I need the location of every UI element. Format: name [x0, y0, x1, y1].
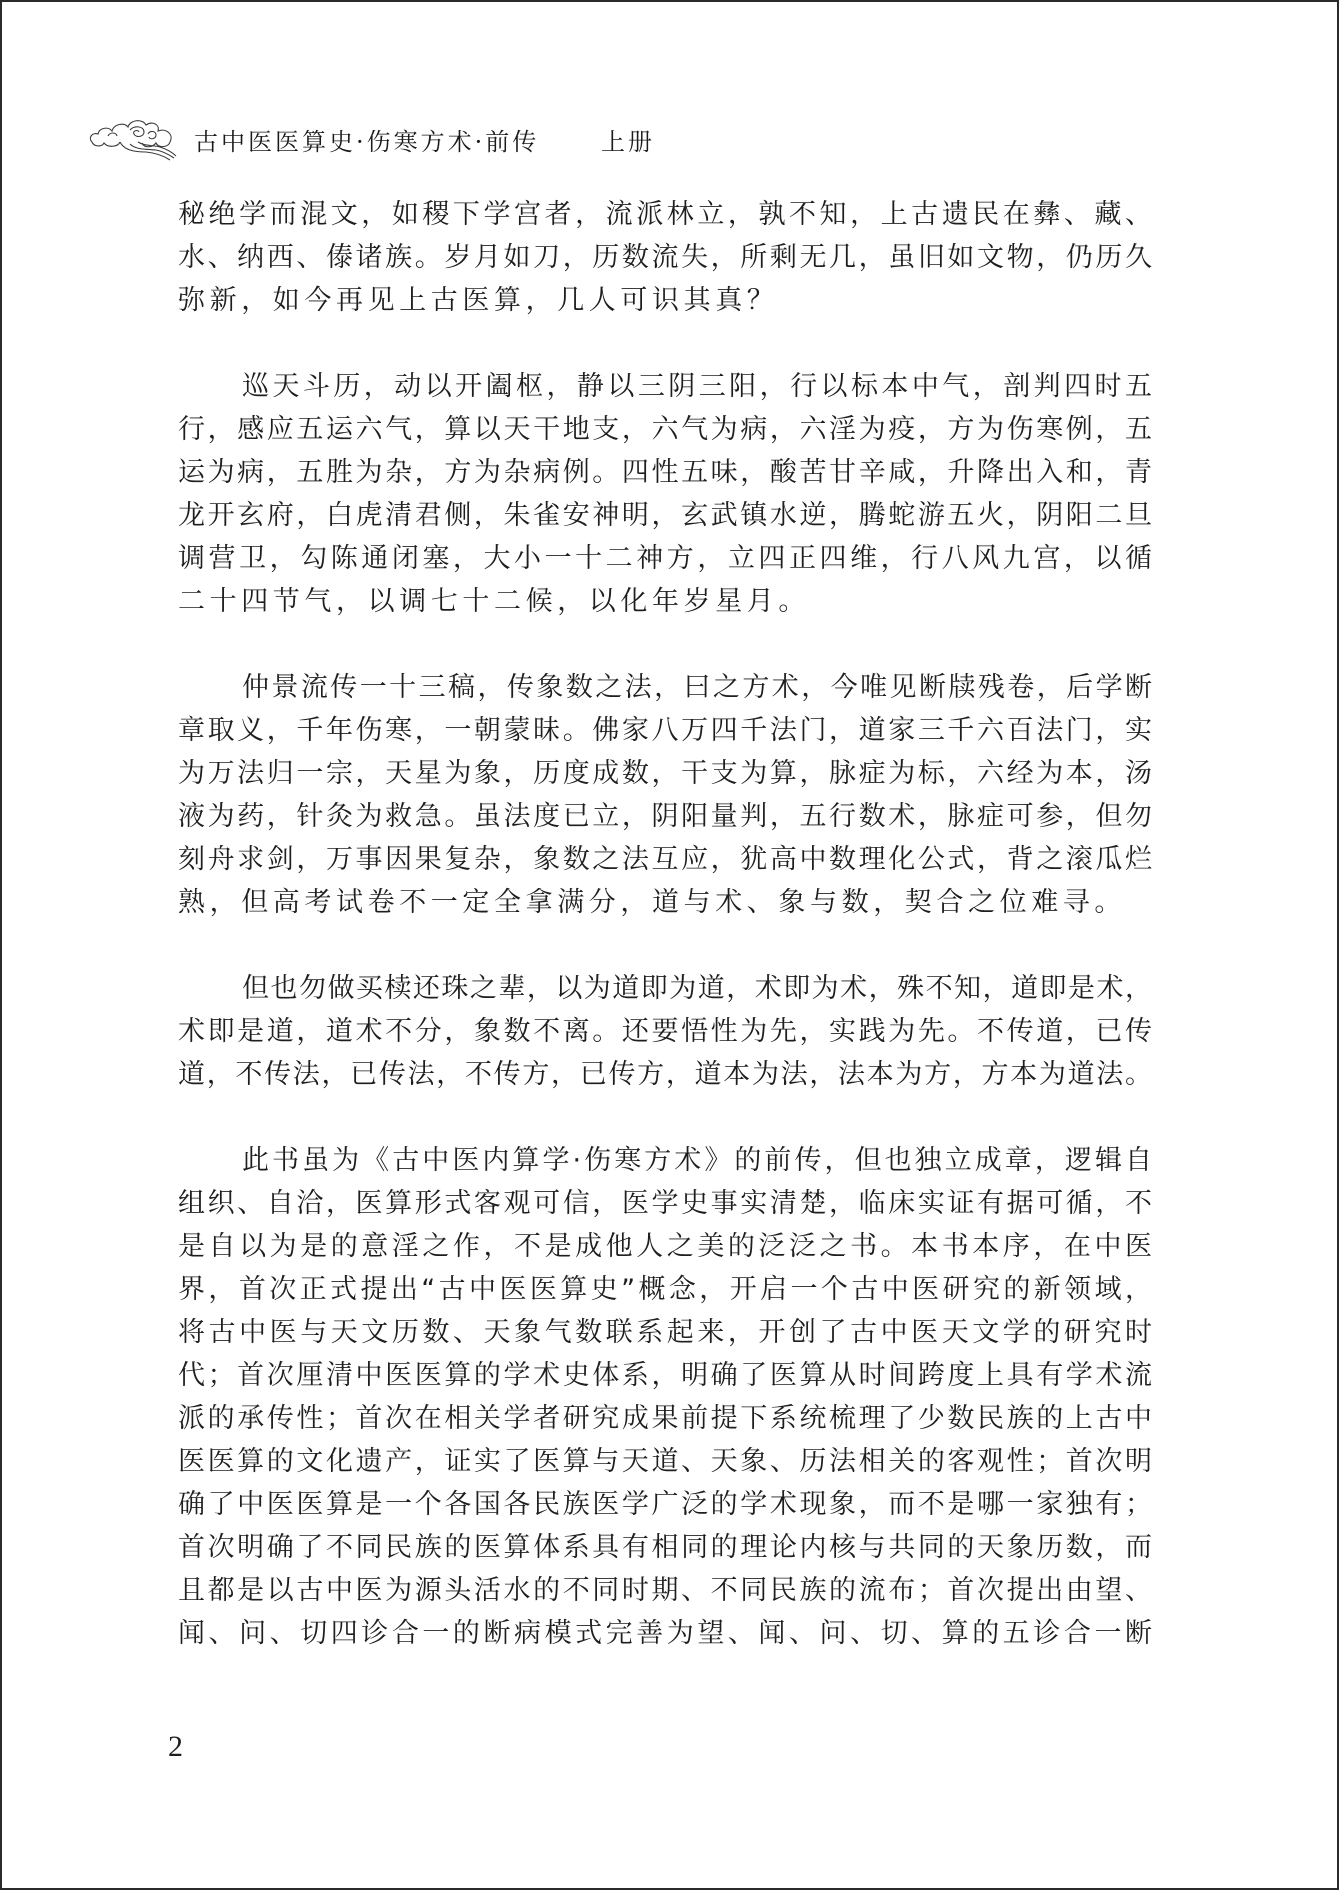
text-line: 熟，但高考试卷不一定全拿满分，道与术、象与数，契合之位难寻。 — [178, 881, 1152, 924]
paragraph-5: 此书虽为《古中医内算学·伤寒方术》的前传，但也独立成章，逻辑自 组织、自洽，医算… — [178, 1139, 1152, 1655]
text-line: 水、纳西、傣诸族。岁月如刀，历数流失，所剩无几，虽旧如文物，仍历久 — [178, 236, 1152, 279]
text-line: 但也勿做买椟还珠之辈，以为道即为道，术即为术，殊不知，道即是术， — [178, 967, 1152, 1010]
text-line: 此书虽为《古中医内算学·伤寒方术》的前传，但也独立成章，逻辑自 — [178, 1139, 1152, 1182]
paragraph-1: 秘绝学而混文，如稷下学宫者，流派林立，孰不知，上古遗民在彝、藏、 水、纳西、傣诸… — [178, 193, 1152, 322]
paragraph-2: 巡天斗历，动以开阖枢，静以三阴三阳，行以标本中气，剖判四时五 行，感应五运六气，… — [178, 365, 1152, 623]
text-line: 弥新，如今再见上古医算，几人可识其真？ — [178, 279, 1152, 322]
text-line: 刻舟求剑，万事因果复杂，象数之法互应，犹高中数理化公式，背之滚瓜烂 — [178, 838, 1152, 881]
text-line: 界，首次正式提出“古中医医算史”概念，开启一个古中医研究的新领域， — [178, 1268, 1152, 1311]
text-line: 章取义，千年伤寒，一朝蒙昧。佛家八万四千法门，道家三千六百法门，实 — [178, 709, 1152, 752]
text-line: 医医算的文化遗产，证实了医算与天道、天象、历法相关的客观性；首次明 — [178, 1440, 1152, 1483]
text-line: 且都是以古中医为源头活水的不同时期、不同民族的流布；首次提出由望、 — [178, 1569, 1152, 1612]
text-line: 龙开玄府，白虎清君侧，朱雀安神明，玄武镇水逆，腾蛇游五火，阴阳二旦 — [178, 494, 1152, 537]
running-header: 古中医医算史·伤寒方术·前传 上册 — [86, 112, 786, 164]
body-text: 秘绝学而混文，如稷下学宫者，流派林立，孰不知，上古遗民在彝、藏、 水、纳西、傣诸… — [178, 193, 1152, 1698]
text-line: 将古中医与天文历数、天象气数联系起来，开创了古中医天文学的研究时 — [178, 1311, 1152, 1354]
text-line: 二十四节气，以调七十二候，以化年岁星月。 — [178, 580, 1152, 623]
text-line: 确了中医医算是一个各国各民族医学广泛的学术现象，而不是哪一家独有； — [178, 1483, 1152, 1526]
text-line: 秘绝学而混文，如稷下学宫者，流派林立，孰不知，上古遗民在彝、藏、 — [178, 193, 1152, 236]
text-line: 仲景流传一十三稿，传象数之法，曰之方术，今唯见断牍残卷，后学断 — [178, 666, 1152, 709]
text-line: 液为药，针灸为救急。虽法度已立，阴阳量判，五行数术，脉症可参，但勿 — [178, 795, 1152, 838]
paragraph-3: 仲景流传一十三稿，传象数之法，曰之方术，今唯见断牍残卷，后学断 章取义，千年伤寒… — [178, 666, 1152, 924]
text-line: 运为病，五胜为杂，方为杂病例。四性五味，酸苦甘辛咸，升降出入和，青 — [178, 451, 1152, 494]
paragraph-4: 但也勿做买椟还珠之辈，以为道即为道，术即为术，殊不知，道即是术， 术即是道，道术… — [178, 967, 1152, 1096]
cloud-ornament-icon — [86, 112, 186, 164]
text-line: 行，感应五运六气，算以天干地支，六气为病，六淫为疫，方为伤寒例，五 — [178, 408, 1152, 451]
text-line: 组织、自洽，医算形式客观可信，医学史事实清楚，临床实证有据可循，不 — [178, 1182, 1152, 1225]
text-line: 道，不传法，已传法，不传方，已传方，道本为法，法本为方，方本为道法。 — [178, 1053, 1152, 1096]
text-line: 巡天斗历，动以开阖枢，静以三阴三阳，行以标本中气，剖判四时五 — [178, 365, 1152, 408]
volume-label: 上册 — [601, 122, 655, 157]
text-line: 调营卫，勾陈通闭塞，大小一十二神方，立四正四维，行八风九宫，以循 — [178, 537, 1152, 580]
text-line: 代；首次厘清中医医算的学术史体系，明确了医算从时间跨度上具有学术流 — [178, 1354, 1152, 1397]
text-line: 闻、问、切四诊合一的断病模式完善为望、闻、问、切、算的五诊合一断 — [178, 1612, 1152, 1655]
text-line: 首次明确了不同民族的医算体系具有相同的理论内核与共同的天象历数，而 — [178, 1526, 1152, 1569]
page-number: 2 — [168, 1730, 183, 1764]
text-line: 是自以为是的意淫之作，不是成他人之美的泛泛之书。本书本序，在中医 — [178, 1225, 1152, 1268]
book-title: 古中医医算史·伤寒方术·前传 — [194, 122, 539, 157]
text-line: 为万法归一宗，天星为象，历度成数，干支为算，脉症为标，六经为本，汤 — [178, 752, 1152, 795]
book-page: 古中医医算史·伤寒方术·前传 上册 秘绝学而混文，如稷下学宫者，流派林立，孰不知… — [0, 0, 1339, 1890]
text-line: 派的承传性；首次在相关学者研究成果前提下系统梳理了少数民族的上古中 — [178, 1397, 1152, 1440]
text-line: 术即是道，道术不分，象数不离。还要悟性为先，实践为先。不传道，已传 — [178, 1010, 1152, 1053]
